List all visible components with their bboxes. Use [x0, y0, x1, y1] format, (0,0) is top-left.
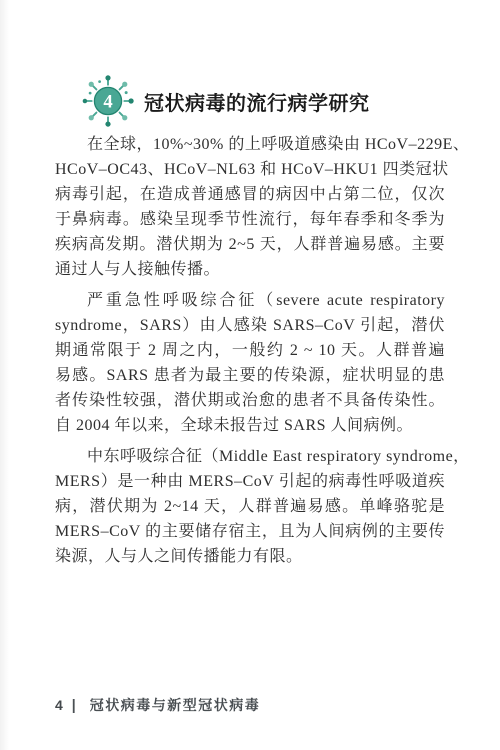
text-line: 染源，人与人之间传播能力有限。	[55, 544, 445, 569]
chapter-title: 冠状病毒的流行病学研究	[144, 87, 370, 116]
paragraph-sars: 严重急性呼吸综合征（severe acute respiratory syndr…	[55, 288, 445, 438]
footer-page-number: 4	[55, 697, 63, 713]
text-line: 在全球，10%~30% 的上呼吸道感染由 HCoV–229E、	[55, 132, 445, 157]
paragraph-hcov: 在全球，10%~30% 的上呼吸道感染由 HCoV–229E、 HCoV–OC4…	[55, 132, 445, 282]
footer-divider: |	[72, 697, 76, 714]
virus-icon: 4	[81, 74, 135, 128]
text-line: 通过人与人接触传播。	[55, 257, 445, 282]
page-footer: 4 | 冠状病毒与新型冠状病毒	[55, 695, 260, 715]
text-line: MERS–CoV 的主要储存宿主，且为人间病例的主要传	[55, 519, 445, 544]
text-line: 中东呼吸综合征（Middle East respiratory syndrome…	[55, 444, 445, 469]
text-line: 期通常限于 2 周之内，一般约 2 ~ 10 天。人群普遍	[55, 338, 445, 363]
text-line: syndrome，SARS）由人感染 SARS–CoV 引起，潜伏	[55, 313, 445, 338]
text-line: 易感。SARS 患者为最主要的传染源，症状明显的患	[55, 363, 445, 388]
text-line: 病毒引起，在造成普通感冒的病因中占第二位，仅次	[55, 182, 445, 207]
footer-book-title: 冠状病毒与新型冠状病毒	[90, 695, 261, 715]
page-content: 4 冠状病毒的流行病学研究 在全球，10%~30% 的上呼吸道感染由 HCoV–…	[55, 76, 445, 569]
text-line: 病，潜伏期为 2~14 天，人群普遍易感。单峰骆驼是	[55, 494, 445, 519]
body-text: 在全球，10%~30% 的上呼吸道感染由 HCoV–229E、 HCoV–OC4…	[55, 132, 445, 569]
paragraph-mers: 中东呼吸综合征（Middle East respiratory syndrome…	[55, 444, 445, 569]
text-line: 于鼻病毒。感染呈现季节性流行，每年春季和冬季为	[55, 207, 445, 232]
text-line: 疾病高发期。潜伏期为 2~5 天，人群普遍易感。主要	[55, 232, 445, 257]
chapter-number: 4	[103, 92, 112, 113]
text-line: 严重急性呼吸综合征（severe acute respiratory	[55, 288, 445, 313]
book-page: 4 冠状病毒的流行病学研究 在全球，10%~30% 的上呼吸道感染由 HCoV–…	[0, 0, 500, 750]
chapter-header: 4 冠状病毒的流行病学研究	[55, 76, 445, 126]
text-line: HCoV–OC43、HCoV–NL63 和 HCoV–HKU1 四类冠状	[55, 157, 445, 182]
text-line: 者传染性较强，潜伏期或治愈的患者不具备传染性。	[55, 388, 445, 413]
text-line: 自 2004 年以来，全球未报告过 SARS 人间病例。	[55, 413, 445, 438]
text-line: MERS）是一种由 MERS–CoV 引起的病毒性呼吸道疾	[55, 469, 445, 494]
